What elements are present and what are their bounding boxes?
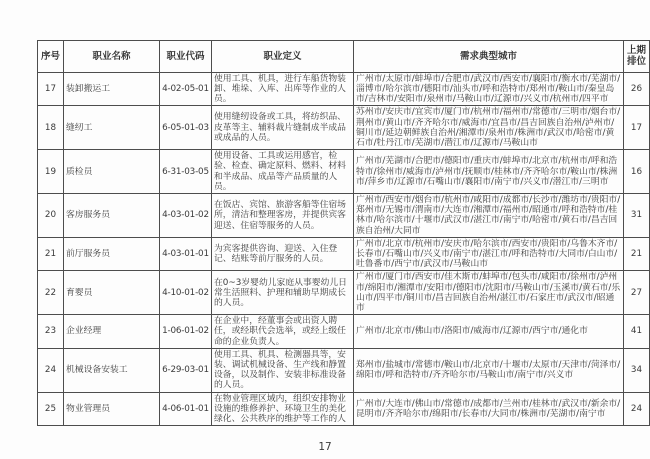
occupation-demand-table: 序号 职业名称 职业代码 职业定义 需求典型城市 上期排位 17 装卸搬运工 4…: [37, 40, 650, 426]
header-previous-rank: 上期排位: [624, 41, 650, 73]
occupation-definition: 使用缝纫设备或工具，将纺织品、皮革等主、辅料裁片缝制成半成品或成品的人员。: [212, 106, 354, 150]
previous-rank: 34: [624, 348, 650, 392]
header-occupation-definition: 职业定义: [212, 41, 354, 73]
header-demand-cities: 需求典型城市: [354, 41, 624, 73]
row-serial-number: 21: [38, 237, 64, 271]
occupation-name: 物业管理员: [64, 392, 160, 426]
occupation-name: 客房服务员: [64, 194, 160, 238]
table-row: 25 物业管理员 4-06-01-01 在物业管理区域内，组织安排物业设施的维修…: [38, 392, 650, 426]
previous-rank: 16: [624, 150, 650, 194]
demand-cities: 广州市/芜湖市/合肥市/德阳市/重庆市/蚌埠市/北京市/杭州市/呼和浩特市/徐州…: [354, 150, 624, 194]
previous-rank: 31: [624, 194, 650, 238]
row-serial-number: 19: [38, 150, 64, 194]
demand-cities: 广州市/北京市/杭州市/安庆市/哈尔滨市/西安市/贵阳市/乌鲁木齐市/长春市/石…: [354, 237, 624, 271]
demand-cities: 郑州市/盐城市/常德市/鞍山市/北京市/十堰市/太原市/天津市/菏泽市/绵阳市/…: [354, 348, 624, 392]
occupation-definition: 在0~3岁婴幼儿家庭从事婴幼儿日常生活照料、护理和辅助早期成长的人员。: [212, 271, 354, 315]
table-row: 23 企业经理 1-06-01-02 在企业中，经董事会或出资人聘任，或经职代会…: [38, 315, 650, 349]
occupation-name: 装卸搬运工: [64, 72, 160, 106]
occupation-definition: 在饭店、宾馆、旅游客船等住宿场所，清洁和整理客房，并提供宾客迎送、住宿等服务的人…: [212, 194, 354, 238]
previous-rank: 24: [624, 392, 650, 426]
demand-cities: 广州市/大连市/佛山市/常德市/成都市/兰州市/桂林市/武汉市/新余市/昆明市/…: [354, 392, 624, 426]
occupation-definition: 使用工具、机具，进行车船货物装卸、堆垛、入库、出库等作业的人员。: [212, 72, 354, 106]
demand-cities: 苏州市/安庆市/宜宾市/厦门市/杭州市/福州市/常德市/三明市/烟台市/荆州市/…: [354, 106, 624, 150]
occupation-code: 6-31-03-05: [160, 150, 212, 194]
table-row: 22 育婴员 4-10-01-02 在0~3岁婴幼儿家庭从事婴幼儿日常生活照料、…: [38, 271, 650, 315]
previous-rank: 41: [624, 315, 650, 349]
previous-rank: 27: [624, 271, 650, 315]
table-row: 18 缝纫工 6-05-01-03 使用缝纫设备或工具，将纺织品、皮革等主、辅料…: [38, 106, 650, 150]
occupation-code: 4-03-01-02: [160, 194, 212, 238]
occupation-definition: 在企业中，经董事会或出资人聘任，或经职代会选举，或经上级任命的企业负责人。: [212, 315, 354, 349]
row-serial-number: 20: [38, 194, 64, 238]
row-serial-number: 18: [38, 106, 64, 150]
row-serial-number: 22: [38, 271, 64, 315]
previous-rank: 17: [624, 106, 650, 150]
occupation-name: 企业经理: [64, 315, 160, 349]
row-serial-number: 24: [38, 348, 64, 392]
page-number: 17: [0, 441, 650, 453]
demand-cities: 广州市/西安市/烟台市/杭州市/咸阳市/成都市/长沙市/潍坊市/贵阳市/郑州市/…: [354, 194, 624, 238]
occupation-definition: 在物业管理区域内，组织安排物业设施的维修养护、环境卫生的美化绿化、公共秩序的维护…: [212, 392, 354, 426]
occupation-code: 1-06-01-02: [160, 315, 212, 349]
table-row: 20 客房服务员 4-03-01-02 在饭店、宾馆、旅游客船等住宿场所，清洁和…: [38, 194, 650, 238]
occupation-name: 前厅服务员: [64, 237, 160, 271]
table-row: 24 机械设备安装工 6-29-03-01 使用工具、机具、检测器具等，安装、调…: [38, 348, 650, 392]
header-occupation-code: 职业代码: [160, 41, 212, 73]
occupation-code: 6-05-01-03: [160, 106, 212, 150]
occupation-code: 4-06-01-01: [160, 392, 212, 426]
occupation-definition: 使用设备、工具或运用感官，检验、检查、确定原料、燃料、材料和半成品、成品等产品质…: [212, 150, 354, 194]
occupation-name: 质检员: [64, 150, 160, 194]
demand-cities: 广州市/太原市/蚌埠市/合肥市/武汉市/西安市/襄阳市/衡水市/芜湖市/淄博市/…: [354, 72, 624, 106]
demand-cities: 广州市/厦门市/西安市/佳木斯市/蚌埠市/包头市/咸阳市/徐州市/泸州市/绵阳市…: [354, 271, 624, 315]
occupation-definition: 为宾客提供咨询、迎送、入住登记、结账等前厅服务的人员。: [212, 237, 354, 271]
occupation-name: 机械设备安装工: [64, 348, 160, 392]
document-page: 序号 职业名称 职业代码 职业定义 需求典型城市 上期排位 17 装卸搬运工 4…: [0, 0, 650, 459]
occupation-code: 4-02-05-01: [160, 72, 212, 106]
occupation-name: 缝纫工: [64, 106, 160, 150]
previous-rank: 21: [624, 237, 650, 271]
table-row: 21 前厅服务员 4-03-01-01 为宾客提供咨询、迎送、入住登记、结账等前…: [38, 237, 650, 271]
table-header-row: 序号 职业名称 职业代码 职业定义 需求典型城市 上期排位: [38, 41, 650, 73]
header-occupation-name: 职业名称: [64, 41, 160, 73]
occupation-definition: 使用工具、机具、检测器具等，安装、调试机械设备、生产线和静置设备，以及制作、安装…: [212, 348, 354, 392]
table-row: 17 装卸搬运工 4-02-05-01 使用工具、机具，进行车船货物装卸、堆垛、…: [38, 72, 650, 106]
demand-cities: 广州市/北京市/佛山市/洛阳市/威海市/辽源市/西宁市/通化市: [354, 315, 624, 349]
row-serial-number: 17: [38, 72, 64, 106]
table-body: 17 装卸搬运工 4-02-05-01 使用工具、机具，进行车船货物装卸、堆垛、…: [38, 72, 650, 426]
occupation-name: 育婴员: [64, 271, 160, 315]
header-serial-number: 序号: [38, 41, 64, 73]
occupation-code: 4-03-01-01: [160, 237, 212, 271]
occupation-code: 6-29-03-01: [160, 348, 212, 392]
previous-rank: 26: [624, 72, 650, 106]
table-row: 19 质检员 6-31-03-05 使用设备、工具或运用感官，检验、检查、确定原…: [38, 150, 650, 194]
occupation-code: 4-10-01-02: [160, 271, 212, 315]
row-serial-number: 23: [38, 315, 64, 349]
row-serial-number: 25: [38, 392, 64, 426]
